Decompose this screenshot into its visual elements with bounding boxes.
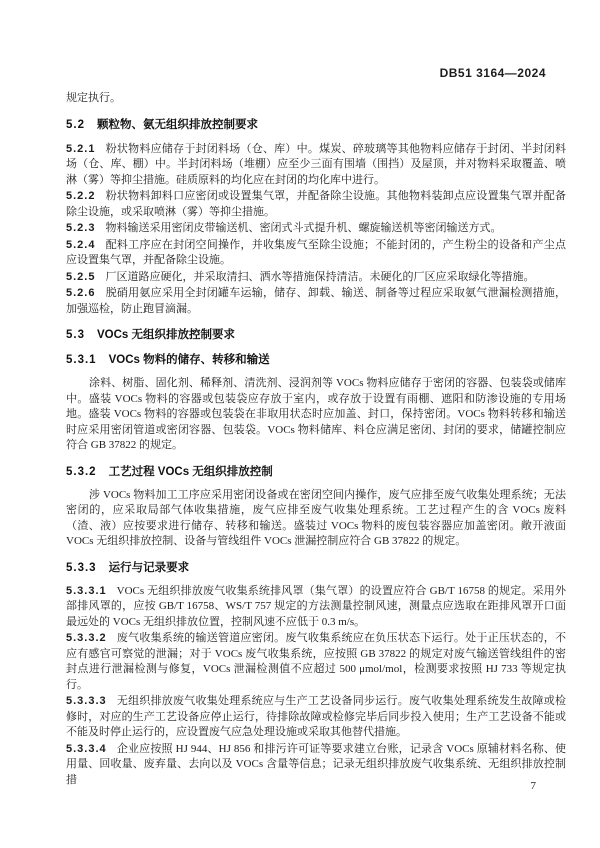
clause-text: 脱硝用氨应采用全封闭罐车运输，储存、卸载、输送、制备等过程应采取氨气泄漏检测措施…: [66, 287, 566, 315]
heading-title: 运行与记录要求: [109, 562, 190, 574]
heading-title: VOCs 物料的储存、转移和输送: [109, 354, 270, 366]
paragraph-5-3-2: 涉 VOCs 物料加工工序应采用密闭设备或在密闭空间内操作，废气应排至废气收集处…: [66, 488, 566, 550]
paragraph-continuation: 规定执行。: [66, 91, 566, 107]
clause-number: 5.2.4: [66, 239, 95, 251]
document-page: DB51 3164—2024 规定执行。 5.2颗粒物、氨无组织排放控制要求 5…: [0, 0, 600, 848]
clause-text: VOCs 无组织排放废气收集系统排风罩（集气罩）的设置应符合 GB/T 1675…: [66, 585, 566, 628]
heading-5-3-1: 5.3.1VOCs 物料的储存、转移和输送: [66, 353, 566, 367]
clause-number: 5.3.3.2: [66, 632, 107, 644]
heading-number: 5.3.3: [66, 562, 97, 574]
clause-number: 5.2.5: [66, 271, 95, 283]
heading-number: 5.3: [66, 329, 85, 341]
clause-5-2-2: 5.2.2粉状物料卸料口应密闭或设置集气罩，并配备除尘设施。其他物料装卸点应设置…: [66, 189, 566, 220]
heading-number: 5.2: [66, 119, 85, 131]
clause-number: 5.2.2: [66, 190, 95, 202]
page-number: 7: [531, 780, 537, 792]
clause-text: 废气收集系统的输送管道应密闭。废气收集系统应在负压状态下运行。处于正压状态的，不…: [66, 632, 566, 691]
heading-5-3-3: 5.3.3运行与记录要求: [66, 561, 566, 575]
paragraph-5-3-1: 涂料、树脂、固化剂、稀释剂、清洗剂、浸润剂等 VOCs 物料应储存于密闭的容器、…: [66, 376, 566, 454]
clause-5-3-3-3: 5.3.3.3无组织排放废气收集处理系统应与生产工艺设备同步运行。废气收集处理系…: [66, 694, 566, 741]
clause-number: 5.2.6: [66, 287, 95, 299]
clause-5-2-5: 5.2.5厂区道路应硬化，并采取清扫、洒水等措施保持清洁。未硬化的厂区应采取绿化…: [66, 270, 566, 286]
clause-5-3-3-4: 5.3.3.4企业应按照 HJ 944、HJ 856 和排污许可证等要求建立台账…: [66, 742, 566, 789]
clause-text: 物料输送采用密闭皮带输送机、密闭式斗式提升机、螺旋输送机等密闭输送方式。: [105, 222, 501, 234]
heading-title: 颗粒物、氨无组织排放控制要求: [97, 119, 258, 131]
heading-number: 5.3.1: [66, 354, 97, 366]
clause-5-2-3: 5.2.3物料输送采用密闭皮带输送机、密闭式斗式提升机、螺旋输送机等密闭输送方式…: [66, 221, 566, 237]
heading-5-3: 5.3VOCs 无组织排放控制要求: [66, 328, 566, 342]
heading-number: 5.3.2: [66, 466, 97, 478]
clause-text: 无组织排放废气收集处理系统应与生产工艺设备同步运行。废气收集处理系统发生故障或检…: [66, 695, 566, 738]
clause-number: 5.2.3: [66, 222, 95, 234]
document-body: 规定执行。 5.2颗粒物、氨无组织排放控制要求 5.2.1粉状物料应储存于封闭料…: [66, 91, 566, 789]
clause-number: 5.3.3.4: [66, 743, 107, 755]
heading-title: 工艺过程 VOCs 无组织排放控制: [109, 466, 273, 478]
clause-number: 5.3.3.3: [66, 695, 107, 707]
clause-5-3-3-2: 5.3.3.2废气收集系统的输送管道应密闭。废气收集系统应在负压状态下运行。处于…: [66, 631, 566, 693]
clause-5-2-6: 5.2.6脱硝用氨应采用全封闭罐车运输，储存、卸载、输送、制备等过程应采取氨气泄…: [66, 286, 566, 317]
clause-text: 粉状物料卸料口应密闭或设置集气罩，并配备除尘设施。其他物料装卸点应设置集气罩并配…: [66, 190, 566, 218]
clause-text: 配料工序应在封闭空间操作，并收集废气至除尘设施；不能封闭的，产生粉尘的设备和产尘…: [66, 239, 566, 267]
clause-5-3-3-1: 5.3.3.1VOCs 无组织排放废气收集系统排风罩（集气罩）的设置应符合 GB…: [66, 584, 566, 631]
standard-code: DB51 3164—2024: [440, 66, 546, 80]
clause-number: 5.3.3.1: [66, 585, 107, 597]
clause-5-2-1: 5.2.1粉状物料应储存于封闭料场（仓、库）中。煤炭、碎玻璃等其他物料应储存于封…: [66, 142, 566, 189]
heading-5-3-2: 5.3.2工艺过程 VOCs 无组织排放控制: [66, 465, 566, 479]
clause-5-2-4: 5.2.4配料工序应在封闭空间操作，并收集废气至除尘设施；不能封闭的，产生粉尘的…: [66, 238, 566, 269]
clause-text: 粉状物料应储存于封闭料场（仓、库）中。煤炭、碎玻璃等其他物料应储存于封闭、半封闭…: [66, 143, 566, 186]
clause-text: 企业应按照 HJ 944、HJ 856 和排污许可证等要求建立台账，记录含 VO…: [66, 743, 566, 786]
clause-number: 5.2.1: [66, 143, 95, 155]
heading-title: VOCs 无组织排放控制要求: [97, 329, 235, 341]
heading-5-2: 5.2颗粒物、氨无组织排放控制要求: [66, 118, 566, 132]
clause-text: 厂区道路应硬化，并采取清扫、洒水等措施保持清洁。未硬化的厂区应采取绿化等措施。: [105, 271, 534, 283]
